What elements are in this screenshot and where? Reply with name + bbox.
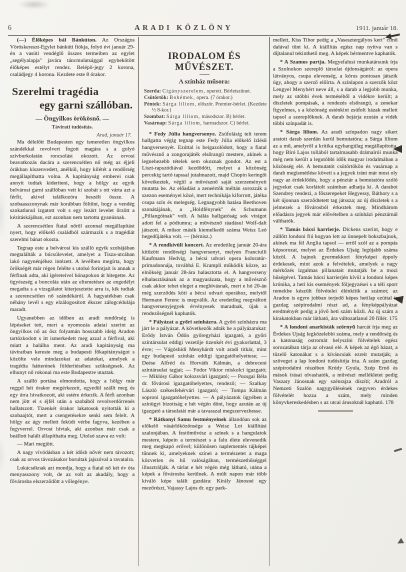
section-title: IRODALOM ÉS MŰVÉSZET. xyxy=(142,51,267,73)
column-rule-left xyxy=(138,37,139,566)
news-paragraph: * Rátkonyi Samu festményeinek állandóan … xyxy=(142,416,267,491)
right-column: mellett, Kiss Tibor pedig a „Vasesztergá… xyxy=(271,37,400,566)
center-column: IRODALOM ÉS MŰVÉSZET. A színház műsora: … xyxy=(140,37,269,566)
section-divider xyxy=(199,74,209,75)
left-column: (—) Élőképes bál Bánkúton. Az Országos V… xyxy=(8,37,137,566)
program-entry: Vasárnap: Sárga liliom, harmadszor. C) b… xyxy=(142,120,267,126)
news-paragraph: * A londoni anarkisták szörnyű harcát ír… xyxy=(273,324,398,406)
news-paragraph: * A rendkívüli koncert. Az eredetileg ja… xyxy=(142,242,267,317)
news-paragraph: * Fedy Júlia hangversenye. Zsúfolásig te… xyxy=(142,131,267,241)
news-paragraph: * A Szamos partja. Megyefalusi munkatárs… xyxy=(273,59,398,128)
section-end-rule xyxy=(318,411,353,412)
article-dateline: Arad, január 17. xyxy=(10,133,132,139)
news-paragraph: * Pályázat a győri színházra. A győri sz… xyxy=(142,319,267,415)
page-number: 6 xyxy=(8,24,12,32)
page-header: 6 ARADI KÖZLÖNY 1911. január 18. xyxy=(8,23,398,36)
article-paragraph: A nagy vívódásban a két idősb nővér nem … xyxy=(10,450,135,464)
scan-smudge-left-edge xyxy=(0,190,4,238)
arrow-left-mark xyxy=(393,145,402,153)
article-paragraph: A szerencsétlen fiatal nőről azonnal meg… xyxy=(10,223,135,244)
column-rule-right xyxy=(269,37,270,566)
arrow-left-mark xyxy=(392,294,403,304)
article-kicker: Távirati tudósítás. xyxy=(10,125,135,131)
program-entry: Péntek: Sárga liliom, először. Premier-b… xyxy=(142,101,267,114)
scan-smudge-left-lower xyxy=(0,438,3,472)
news-paragraph: * Sárga liliom. Az aradi színpadon nagy … xyxy=(273,129,398,225)
scan-smudge-top xyxy=(18,0,50,9)
article-headline-line2: egy garni szállóban. xyxy=(10,99,133,112)
article-paragraph: A szálló portása elmondotta, hogy a hölg… xyxy=(10,378,135,440)
article-paragraph: Ma délelőtt Budapesten egy ismeretlen ön… xyxy=(10,139,135,221)
newspaper-masthead: ARADI KÖZLÖNY xyxy=(134,23,233,32)
article-paragraph: Tegnap este a belvárosi kis szálló egyik… xyxy=(10,245,135,314)
article-paragraph: — Mari megjött. xyxy=(10,441,135,448)
article-paragraph: Lukácséknak azt mondja, hogy a fiatal nő… xyxy=(10,465,135,486)
news-item: (—) Élőképes bál Bánkúton. Az Országos V… xyxy=(10,37,135,78)
article-paragraph: Ugyanebben az időben az aradi rendőrség … xyxy=(10,315,135,377)
theatre-program: Szerda: Cigányszerelem, operett. Bérlets… xyxy=(142,89,267,127)
issue-date: 1911. január 18. xyxy=(356,25,398,32)
article-headline-line1: Szerelmi tragédia xyxy=(12,85,135,98)
article-subtitle: — Öngyilkos örökösnő. — xyxy=(10,115,135,123)
column-layout: (—) Élőképes bál Bánkúton. Az Országos V… xyxy=(8,37,400,566)
theatre-program-title: A színház műsora: xyxy=(142,78,267,86)
continuation-paragraph: mellett, Kiss Tibor pedig a „Vasesztergá… xyxy=(273,37,398,58)
newspaper-page: 6 ARADI KÖZLÖNY 1911. január 18. (—) Élő… xyxy=(0,0,406,572)
news-paragraph: * Tamás bácsi karrierje. Dickens szerint… xyxy=(273,226,398,322)
